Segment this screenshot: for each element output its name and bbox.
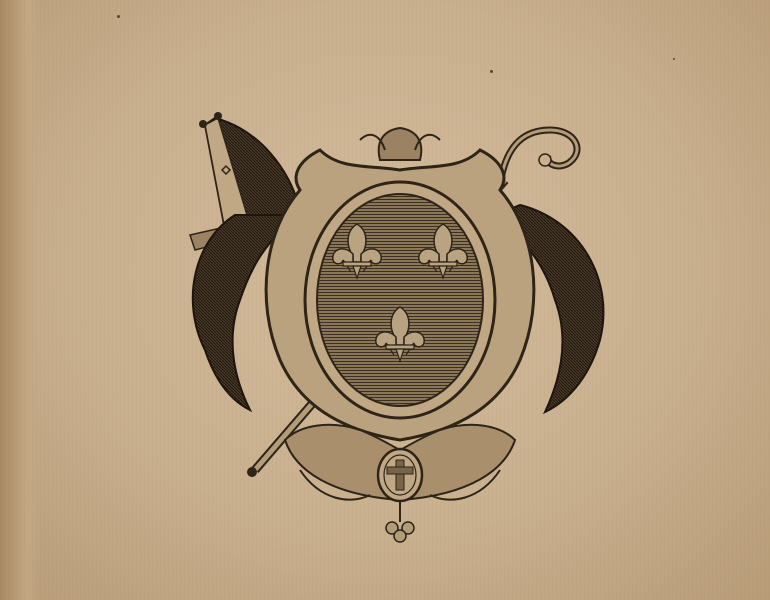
shield-field	[317, 194, 483, 406]
cross-medallion-icon	[378, 449, 422, 501]
crest-fleuron-icon	[379, 128, 422, 160]
coat-of-arms-engraving	[0, 0, 770, 600]
trefoil-pendant-icon	[386, 501, 414, 542]
